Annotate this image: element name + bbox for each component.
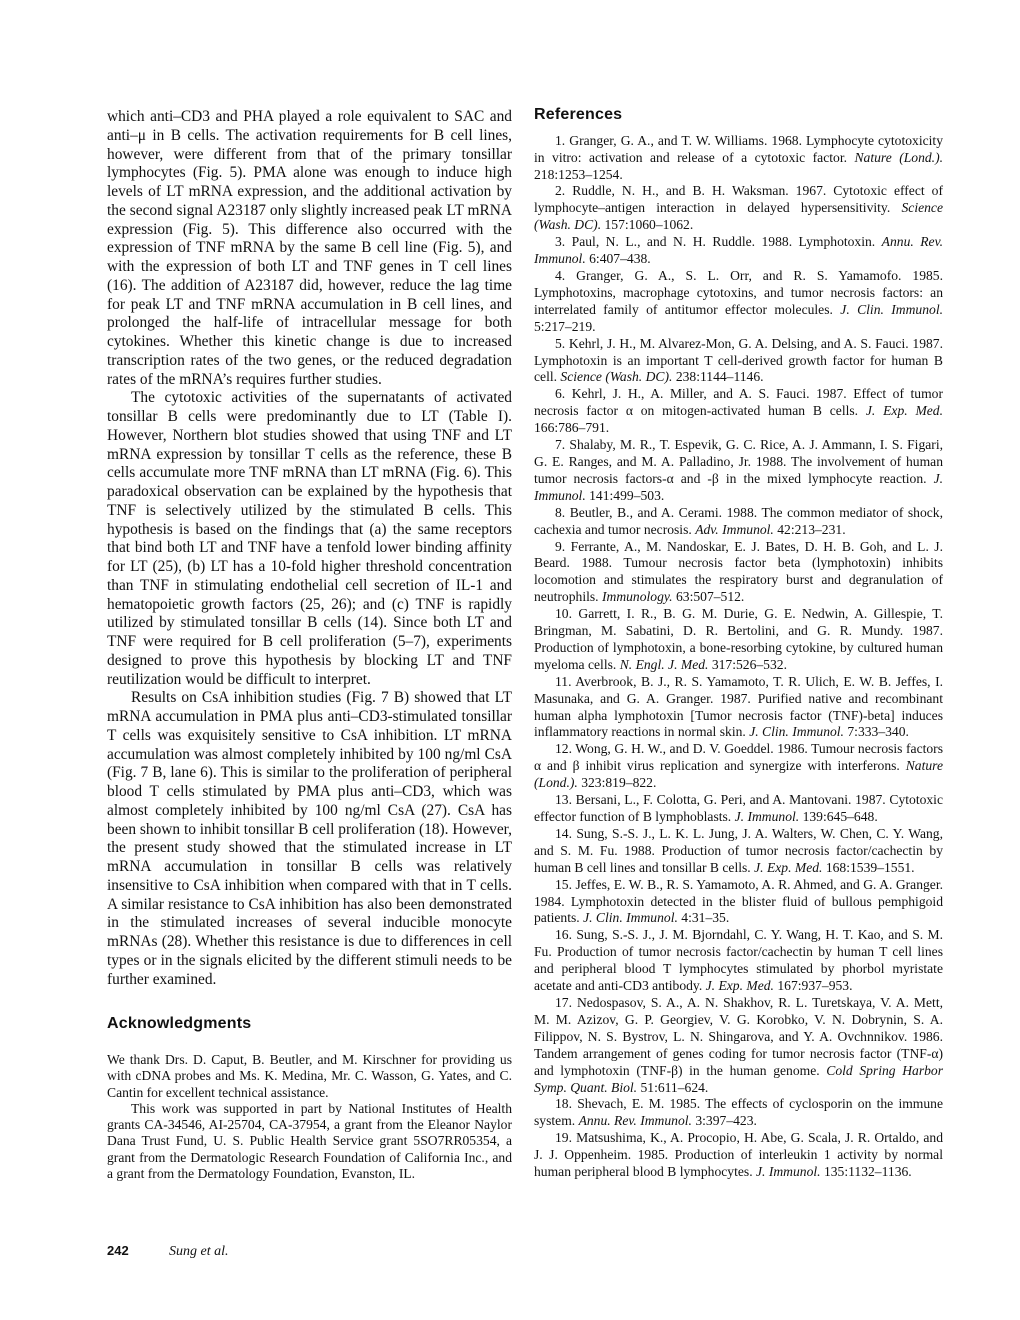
journal-name: Science (Wash. DC). bbox=[560, 369, 672, 384]
running-head: Sung et al. bbox=[169, 1244, 229, 1259]
journal-name: J. Clin. Immunol. bbox=[749, 724, 844, 739]
reference-item: 12. Wong, G. H. W., and D. V. Goeddel. 1… bbox=[534, 741, 943, 792]
page-number: 242 bbox=[107, 1243, 169, 1258]
journal-name: N. Engl. J. Med. bbox=[620, 657, 709, 672]
journal-name: Immunology. bbox=[602, 589, 673, 604]
acknowledgments-heading: Acknowledgments bbox=[107, 1015, 512, 1034]
journal-name: Nature (Lond.). bbox=[854, 150, 943, 165]
reference-item: 2. Ruddle, N. H., and B. H. Waksman. 196… bbox=[534, 183, 943, 234]
acknowledgments-section: We thank Drs. D. Caput, B. Beutler, and … bbox=[107, 1052, 512, 1182]
reference-item: 15. Jeffes, E. W. B., R. S. Yamamoto, A.… bbox=[534, 877, 943, 928]
body-paragraph: Results on CsA inhibition studies (Fig. … bbox=[107, 689, 512, 989]
journal-name: J. Immunol. bbox=[735, 809, 800, 824]
reference-item: 3. Paul, N. L., and N. H. Ruddle. 1988. … bbox=[534, 234, 943, 268]
body-paragraph: which anti–CD3 and PHA played a role equ… bbox=[107, 108, 512, 389]
reference-item: 8. Beutler, B., and A. Cerami. 1988. The… bbox=[534, 505, 943, 539]
reference-item: 19. Matsushima, K., A. Procopio, H. Abe,… bbox=[534, 1130, 943, 1181]
journal-name: Adv. Immunol. bbox=[695, 522, 774, 537]
reference-item: 14. Sung, S.-S. J., L. K. L. Jung, J. A.… bbox=[534, 826, 943, 877]
journal-name: J. Clin. Immunol. bbox=[840, 302, 943, 317]
journal-name: J. Immunol. bbox=[756, 1164, 821, 1179]
left-column: which anti–CD3 and PHA played a role equ… bbox=[107, 108, 512, 1182]
references-heading: References bbox=[534, 106, 943, 125]
reference-item: 7. Shalaby, M. R., T. Espevik, G. C. Ric… bbox=[534, 437, 943, 505]
reference-item: 10. Garrett, I. R., B. G. M. Durie, G. E… bbox=[534, 606, 943, 674]
reference-item: 4. Granger, G. A., S. L. Orr, and R. S. … bbox=[534, 268, 943, 336]
journal-name: J. Exp. Med. bbox=[706, 978, 774, 993]
journal-name: Annu. Rev. Immunol. bbox=[579, 1113, 692, 1128]
reference-item: 11. Averbrook, B. J., R. S. Yamamoto, T.… bbox=[534, 674, 943, 742]
reference-item: 17. Nedospasov, S. A., A. N. Shakhov, R.… bbox=[534, 995, 943, 1096]
reference-item: 16. Sung, S.-S. J., J. M. Bjorndahl, C. … bbox=[534, 927, 943, 995]
journal-name: J. Exp. Med. bbox=[866, 403, 943, 418]
journal-name: J. Exp. Med. bbox=[754, 860, 822, 875]
acknowledgments-paragraph: This work was supported in part by Natio… bbox=[107, 1101, 512, 1182]
body-paragraph: The cytotoxic activities of the supernat… bbox=[107, 389, 512, 689]
reference-item: 5. Kehrl, J. H., M. Alvarez-Mon, G. A. D… bbox=[534, 336, 943, 387]
reference-item: 6. Kehrl, J. H., A. Miller, and A. S. Fa… bbox=[534, 386, 943, 437]
journal-name: J. Clin. Immunol. bbox=[583, 910, 678, 925]
reference-item: 13. Bersani, L., F. Colotta, G. Peri, an… bbox=[534, 792, 943, 826]
page-footer: 242Sung et al. bbox=[107, 1243, 229, 1260]
reference-list: 1. Granger, G. A., and T. W. Williams. 1… bbox=[534, 133, 943, 1181]
reference-item: 9. Ferrante, A., M. Nandoskar, E. J. Bat… bbox=[534, 539, 943, 607]
right-column: References 1. Granger, G. A., and T. W. … bbox=[534, 108, 943, 1181]
reference-item: 1. Granger, G. A., and T. W. Williams. 1… bbox=[534, 133, 943, 184]
acknowledgments-paragraph: We thank Drs. D. Caput, B. Beutler, and … bbox=[107, 1052, 512, 1101]
reference-item: 18. Shevach, E. M. 1985. The effects of … bbox=[534, 1096, 943, 1130]
